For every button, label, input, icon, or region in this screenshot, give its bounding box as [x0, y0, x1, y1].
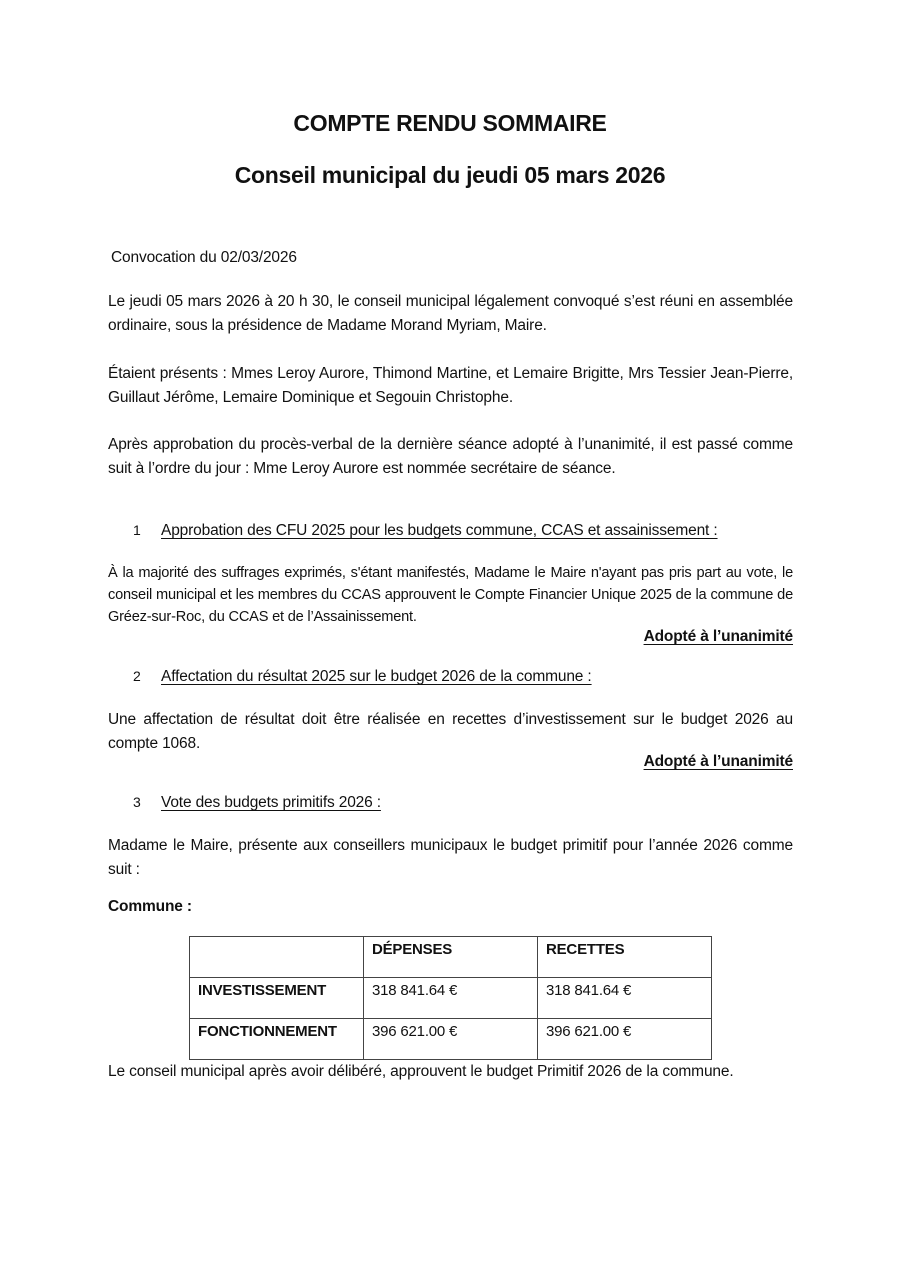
- convocation-date: Convocation du 02/03/2026: [111, 246, 796, 270]
- table-row: INVESTISSEMENT 318 841.64 € 318 841.64 €: [190, 978, 712, 1019]
- agenda-item-3-conclusion: Le conseil municipal après avoir délibér…: [108, 1060, 734, 1084]
- table-header-row: DÉPENSES RECETTES: [190, 937, 712, 978]
- agenda-item-3-heading: 3Vote des budgets primitifs 2026 :: [133, 794, 381, 812]
- commune-section-label: Commune :: [108, 898, 192, 916]
- agenda-item-title: Affectation du résultat 2025 sur le budg…: [161, 668, 592, 685]
- table-row-label: FONCTIONNEMENT: [190, 1019, 364, 1060]
- table-cell: 396 621.00 €: [364, 1019, 538, 1060]
- budget-table: DÉPENSES RECETTES INVESTISSEMENT 318 841…: [189, 936, 712, 1060]
- document-subtitle: Conseil municipal du jeudi 05 mars 2026: [0, 162, 900, 189]
- table-cell: 318 841.64 €: [364, 978, 538, 1019]
- agenda-item-title: Vote des budgets primitifs 2026 :: [161, 794, 381, 811]
- table-header-cell: RECETTES: [538, 937, 712, 978]
- attendees-paragraph: Étaient présents : Mmes Leroy Aurore, Th…: [108, 362, 793, 410]
- document-page: COMPTE RENDU SOMMAIRE Conseil municipal …: [0, 0, 900, 1273]
- table-cell: 318 841.64 €: [538, 978, 712, 1019]
- intro-paragraph: Le jeudi 05 mars 2026 à 20 h 30, le cons…: [108, 290, 793, 338]
- document-title: COMPTE RENDU SOMMAIRE: [0, 110, 900, 137]
- agenda-item-3-body: Madame le Maire, présente aux conseiller…: [108, 834, 793, 882]
- table-header-cell: [190, 937, 364, 978]
- table-row-label: INVESTISSEMENT: [190, 978, 364, 1019]
- table-cell: 396 621.00 €: [538, 1019, 712, 1060]
- agenda-item-number: 3: [133, 794, 161, 810]
- table-header-cell: DÉPENSES: [364, 937, 538, 978]
- agenda-item-number: 2: [133, 668, 161, 684]
- agenda-item-2-body: Une affectation de résultat doit être ré…: [108, 708, 793, 756]
- agenda-item-2-result: Adopté à l’unanimité: [644, 753, 793, 771]
- agenda-item-number: 1: [133, 522, 161, 538]
- agenda-item-1-body: À la majorité des suffrages exprimés, s'…: [108, 562, 793, 628]
- table-row: FONCTIONNEMENT 396 621.00 € 396 621.00 €: [190, 1019, 712, 1060]
- agenda-item-1-heading: 1Approbation des CFU 2025 pour les budge…: [133, 522, 718, 540]
- approval-paragraph: Après approbation du procès-verbal de la…: [108, 433, 793, 481]
- agenda-item-title: Approbation des CFU 2025 pour les budget…: [161, 522, 718, 539]
- agenda-item-1-result: Adopté à l’unanimité: [644, 628, 793, 646]
- agenda-item-2-heading: 2Affectation du résultat 2025 sur le bud…: [133, 668, 592, 686]
